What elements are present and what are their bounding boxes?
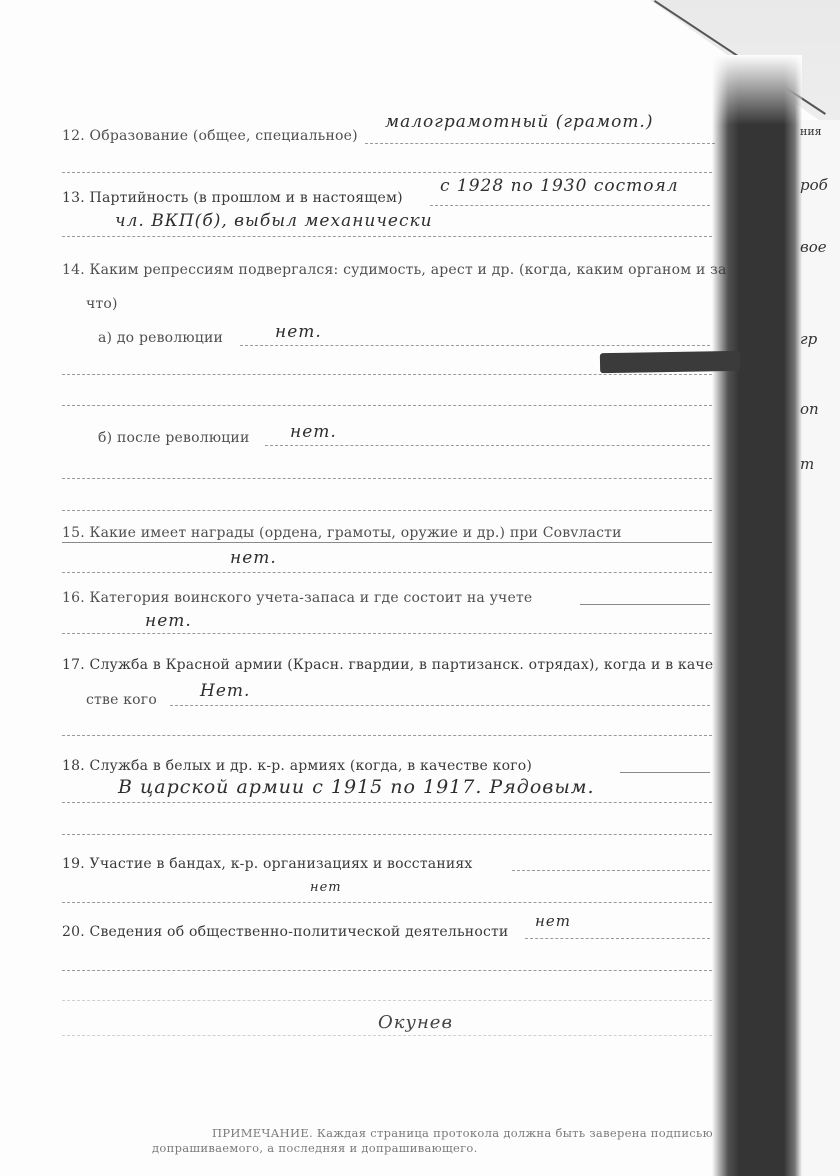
item-20-line-2	[62, 970, 712, 971]
item-19-line	[512, 870, 710, 871]
redaction-mark	[600, 351, 740, 373]
item-15-line	[62, 542, 712, 543]
item-16-answer: нет.	[145, 611, 192, 631]
margin-fragment: роб	[800, 176, 828, 194]
item-15-answer: нет.	[230, 548, 277, 568]
item-13-answer: с 1928 по 1930 состоял	[440, 176, 679, 196]
item-20-line-3	[62, 1000, 712, 1001]
item-18-label: 18. Служба в белых и др. к-р. армиях (ко…	[62, 758, 532, 774]
item-14a-line	[240, 345, 710, 346]
item-12-answer: малограмотный (грамот.)	[385, 112, 653, 132]
item-19-line-2	[62, 902, 712, 903]
item-20-answer: нет	[535, 912, 571, 930]
item-19-answer: нет	[310, 880, 342, 895]
item-13-line-2	[62, 236, 712, 237]
item-19-label: 19. Участие в бандах, к-р. организациях …	[62, 856, 473, 872]
item-16-label: 16. Категория воинского учета-запаса и г…	[62, 590, 532, 606]
signature: Окунев	[378, 1012, 453, 1033]
item-16-line-2	[62, 633, 712, 634]
item-14-label: 14. Каким репрессиям подвергался: судимо…	[62, 262, 727, 278]
item-17-line	[170, 705, 710, 706]
item-17-label-line2: стве кого	[86, 692, 157, 708]
item-20-label: 20. Сведения об общественно-политической…	[62, 924, 508, 940]
item-17-label: 17. Служба в Красной армии (Красн. гвард…	[62, 657, 713, 673]
item-20-line	[525, 938, 710, 939]
item-12-line-2	[62, 172, 712, 173]
item-15-label: 15. Какие имеет награды (ордена, грамоты…	[62, 525, 622, 541]
item-18-line-3	[62, 834, 712, 835]
item-14a-answer: нет.	[275, 322, 322, 342]
item-13-answer-line2: чл. ВКП(б), выбыл механически	[115, 211, 433, 231]
item-18-line	[620, 772, 710, 773]
item-17-line-2	[62, 735, 712, 736]
document-page: 12. Образование (общее, специальное) мал…	[0, 0, 840, 1176]
item-14b-line-2	[62, 478, 712, 479]
item-17-answer: Нет.	[200, 681, 250, 701]
item-18-line-2	[62, 802, 712, 803]
item-14a-line-2	[62, 374, 712, 375]
margin-fragment: гр	[800, 330, 817, 348]
footnote-line1: ПРИМЕЧАНИЕ. Каждая страница протокола до…	[212, 1126, 713, 1140]
item-14a-line-3	[62, 405, 712, 406]
item-18-answer: В царской армии с 1915 по 1917. Рядовым.	[118, 776, 595, 798]
item-15-line-2	[62, 572, 712, 573]
item-14b-label: б) после революции	[98, 430, 249, 446]
footnote-line2: допрашиваемого, а последняя и допрашиваю…	[152, 1141, 478, 1155]
item-12-line	[365, 143, 715, 144]
item-16-line	[580, 604, 710, 605]
adjacent-page-strip	[800, 120, 840, 1176]
margin-fragment: вое	[800, 238, 827, 256]
margin-fragment: т	[800, 455, 814, 473]
scan-shadow-fade	[712, 55, 802, 125]
item-20-line-4	[62, 1035, 712, 1036]
scan-shadow-band	[712, 55, 802, 1176]
item-14-label-line2: что)	[86, 296, 118, 312]
item-14a-label: а) до революции	[98, 330, 223, 346]
margin-fragment: ния	[800, 125, 822, 138]
margin-fragment: оп	[800, 400, 819, 418]
item-14b-answer: нет.	[290, 422, 337, 442]
item-13-line	[430, 205, 710, 206]
item-14b-line-3	[62, 510, 712, 511]
item-13-label: 13. Партийность (в прошлом и в настоящем…	[62, 190, 403, 206]
item-12-label: 12. Образование (общее, специальное)	[62, 128, 358, 144]
item-14b-line	[265, 445, 710, 446]
